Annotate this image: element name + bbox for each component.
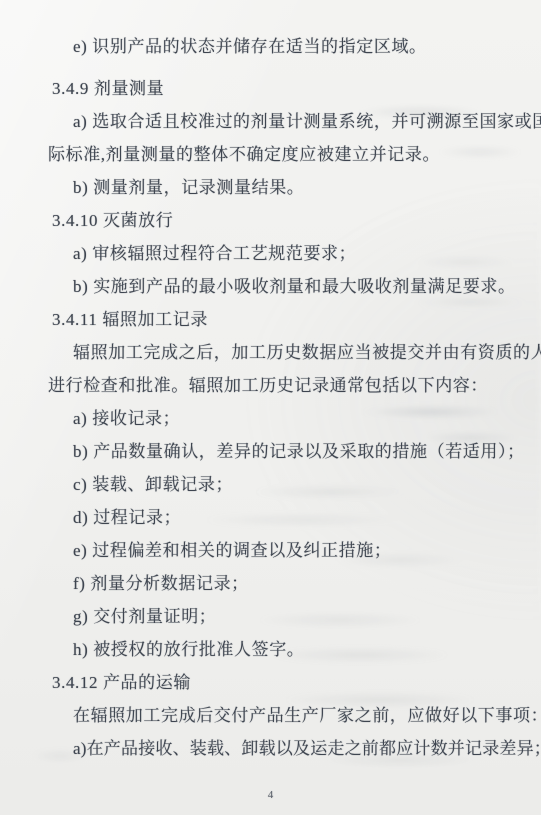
section-heading: 3.4.11 辐照加工记录 <box>0 303 541 336</box>
section-heading: 3.4.10 灭菌放行 <box>0 204 541 237</box>
text-line: a) 审核辐照过程符合工艺规范要求； <box>0 237 541 270</box>
text-line: 际标准,剂量测量的整体不确定度应被建立并记录。 <box>0 138 541 171</box>
text-line: e) 过程偏差和相关的调查以及纠正措施； <box>0 534 541 567</box>
text-line: b) 实施到产品的最小吸收剂量和最大吸收剂量满足要求。 <box>0 270 541 303</box>
text-line: f) 剂量分析数据记录； <box>0 567 541 600</box>
text-line: e) 识别产品的状态并储存在适当的指定区域。 <box>0 30 541 63</box>
page-number: 4 <box>0 789 541 801</box>
text-line: a) 选取合适且校准过的剂量计测量系统，并可溯源至国家或国 <box>0 105 541 138</box>
text-line: a) 接收记录； <box>0 402 541 435</box>
text-line: b) 测量剂量，记录测量结果。 <box>0 171 541 204</box>
text-line: b) 产品数量确认，差异的记录以及采取的措施（若适用）； <box>0 435 541 468</box>
text-line: d) 过程记录； <box>0 501 541 534</box>
section-heading: 3.4.12 产品的运输 <box>0 666 541 699</box>
document-page: e) 识别产品的状态并储存在适当的指定区域。3.4.9 剂量测量a) 选取合适且… <box>0 0 541 815</box>
text-line: g) 交付剂量证明； <box>0 600 541 633</box>
section-heading: 3.4.9 剂量测量 <box>0 72 541 105</box>
text-line: a)在产品接收、装载、卸载以及运走之前都应计数并记录差异； <box>0 732 541 765</box>
text-line: 辐照加工完成之后，加工历史数据应当被提交并由有资质的人员 <box>0 336 541 369</box>
text-line: 进行检查和批准。辐照加工历史记录通常包括以下内容： <box>0 369 541 402</box>
text-line: h) 被授权的放行批准人签字。 <box>0 633 541 666</box>
text-line: c) 装载、卸载记录； <box>0 468 541 501</box>
document-body: e) 识别产品的状态并储存在适当的指定区域。3.4.9 剂量测量a) 选取合适且… <box>0 0 541 765</box>
text-line: 在辐照加工完成后交付产品生产厂家之前，应做好以下事项： <box>0 699 541 732</box>
